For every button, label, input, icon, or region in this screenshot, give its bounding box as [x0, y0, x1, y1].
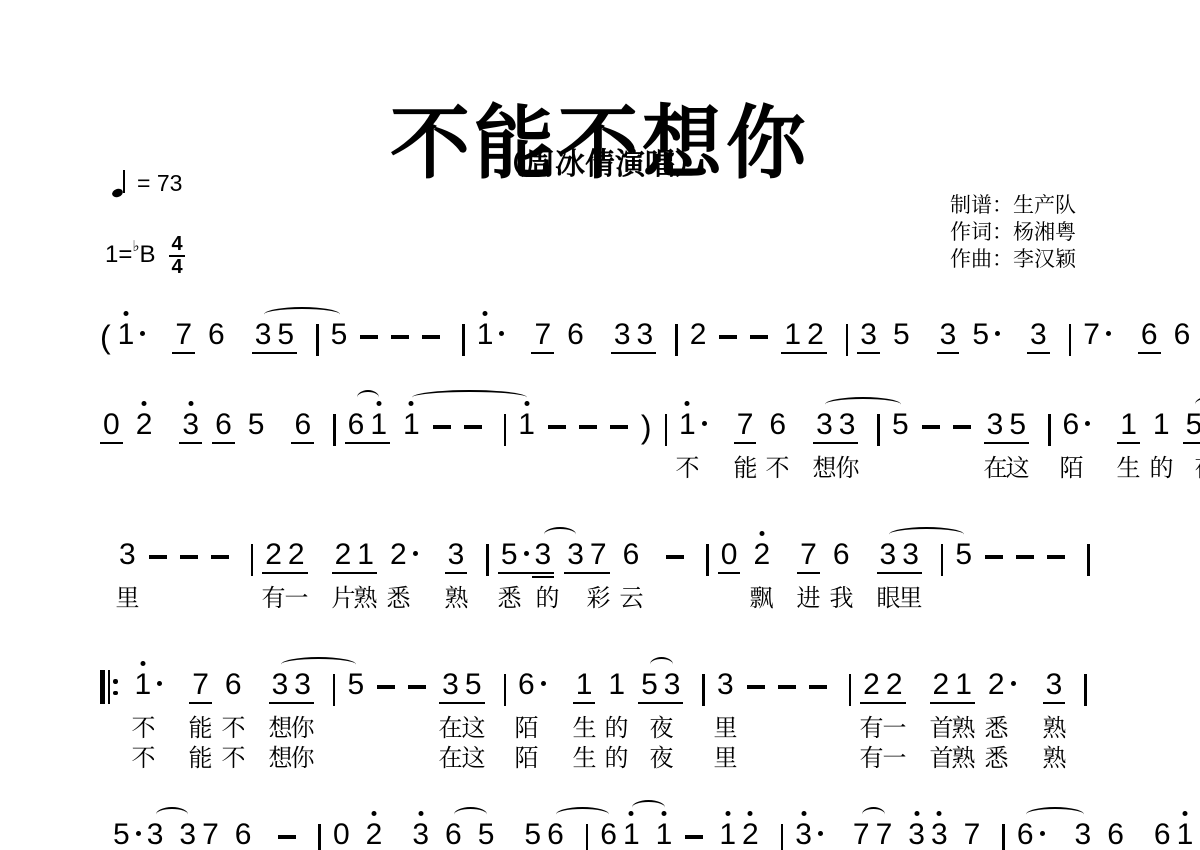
lyric-syllable: 生 — [1117, 448, 1141, 483]
note-digit: 6 — [235, 820, 252, 850]
note: 6 — [830, 540, 853, 572]
note-digit: 5 — [347, 670, 364, 700]
note: 2 — [332, 540, 355, 574]
note-digit: 1 — [370, 410, 387, 440]
note-digit: 1 — [955, 670, 972, 700]
credit-arranger: 制谱：生产队 — [950, 192, 1076, 219]
note: 3 — [877, 540, 900, 574]
lyric-syllable: 不 — [222, 738, 246, 773]
note-digit: 1 — [679, 410, 696, 440]
note-digit: 3 — [816, 410, 833, 440]
duration-dash — [278, 835, 296, 839]
duration-dash — [1016, 555, 1034, 559]
lyric-syllable: 夜 — [1195, 448, 1200, 483]
note-digit: 2 — [390, 540, 407, 570]
note-digit: 3 — [717, 670, 734, 700]
note: 3 — [179, 410, 202, 444]
barline — [1048, 414, 1051, 446]
note: 1 — [354, 540, 377, 574]
note: 3 — [792, 820, 826, 850]
slur-arc — [264, 307, 340, 322]
note: 1 — [474, 320, 508, 352]
slur-arc — [889, 527, 964, 542]
flat-icon: ♭ — [132, 237, 139, 255]
slur-arc — [454, 807, 487, 822]
slur-arc — [156, 807, 188, 822]
duration-dash — [548, 425, 566, 429]
note: 6 — [766, 410, 789, 442]
note: 5 — [498, 540, 532, 574]
note: 2 — [804, 320, 827, 354]
note: 2 — [883, 670, 906, 704]
octave-dot — [418, 811, 423, 816]
note-digit: 6 — [445, 820, 462, 850]
note-digit: 6 — [225, 670, 242, 700]
duration-dash — [719, 335, 737, 339]
augmentation-dot — [1106, 331, 1111, 336]
lyric-syllable: 的 — [1150, 448, 1174, 483]
note-digit: 1 — [1120, 410, 1137, 440]
note-digit: 6 — [623, 540, 640, 570]
note: 6 — [564, 320, 587, 352]
duration-dash — [747, 685, 765, 689]
note: 2 — [262, 540, 285, 574]
barline — [462, 324, 465, 356]
note-digit: 3 — [147, 820, 164, 850]
note-digit: 2 — [753, 540, 770, 570]
note-digit: 3 — [614, 320, 631, 350]
note-digit: 3 — [179, 820, 196, 850]
note: 3 — [269, 670, 292, 704]
lyric-syllable: 眼 — [877, 578, 901, 613]
duration-dash — [666, 555, 684, 559]
note-digit: 6 — [1017, 820, 1034, 850]
augmentation-dot — [499, 331, 504, 336]
note-digit: 2 — [807, 320, 824, 350]
repeat-dot — [113, 691, 118, 696]
lyric-syllable: 里 — [714, 738, 738, 773]
note-digit: 5 — [892, 410, 909, 440]
note-digit: 3 — [940, 320, 957, 350]
augmentation-dot — [413, 551, 418, 556]
note-digit: 0 — [721, 540, 738, 570]
note: 3 — [144, 820, 167, 850]
duration-dash — [953, 425, 971, 429]
note-digit: 3 — [442, 670, 459, 700]
note: 3 — [813, 410, 836, 444]
note: 6 — [232, 820, 255, 850]
note-digit: 6 — [1107, 820, 1124, 850]
note: 6 — [205, 320, 228, 352]
note-digit: 6 — [1063, 410, 1080, 440]
note-digit: 6 — [208, 320, 225, 350]
lyric-syllable: 在 — [984, 448, 1008, 483]
duration-dash — [149, 555, 167, 559]
lyric-syllable: 不 — [766, 448, 790, 483]
tempo-value: = 73 — [137, 170, 182, 197]
note: 6 — [1151, 820, 1174, 850]
note-digit: 7 — [800, 540, 817, 570]
octave-dot — [188, 401, 193, 406]
key-signature: 1=♭B 4 4 — [105, 233, 185, 277]
lyric-syllable: 一 — [285, 578, 309, 613]
note-digit: 2 — [690, 320, 707, 350]
lyric-syllable: 不 — [132, 738, 156, 773]
barline — [586, 824, 589, 850]
note: 5 — [328, 320, 351, 352]
credit-lyricist: 作词：杨湘粤 — [950, 219, 1076, 246]
note-digit: 5 — [331, 320, 348, 350]
lyric-syllable: 飘 — [750, 578, 774, 613]
note: 1 — [676, 410, 710, 442]
close-paren: ) — [641, 410, 652, 444]
lyric-syllable: 生 — [573, 738, 597, 773]
augmentation-dot — [140, 331, 145, 336]
lyric-syllable: 想 — [269, 738, 293, 773]
lyric-syllable: 的 — [605, 738, 629, 773]
notes-row: 5337602365566111237733763661 — [100, 800, 1160, 850]
note-digit: 3 — [839, 410, 856, 440]
octave-dot — [1182, 811, 1187, 816]
note-digit: 5 — [277, 320, 294, 350]
duration-dash — [610, 425, 628, 429]
octave-dot — [483, 311, 488, 316]
augmentation-dot — [1040, 831, 1045, 836]
lyric-syllable: 你 — [836, 448, 860, 483]
note: 7 — [873, 820, 896, 850]
note-digit: 2 — [265, 540, 282, 570]
slur-arc — [1026, 807, 1084, 822]
note: 2 — [133, 410, 156, 442]
note: 2 — [750, 540, 773, 572]
notes-row: 0236566111)1763353561153 — [100, 390, 1160, 446]
barline — [318, 824, 321, 850]
slur-arc — [632, 800, 665, 815]
rest-note: 0 — [718, 540, 741, 574]
note-digit: 7 — [853, 820, 870, 850]
note: 7 — [797, 540, 820, 574]
barline — [781, 824, 784, 850]
note: 2 — [860, 670, 883, 704]
note-digit: 6 — [833, 540, 850, 570]
note: 3 — [291, 670, 314, 704]
octave-dot — [142, 401, 147, 406]
lyric-syllable: 夜 — [650, 738, 674, 773]
lyric-syllable: 在 — [439, 738, 463, 773]
note: 3 — [1072, 820, 1095, 850]
barline — [1084, 674, 1087, 706]
lyric-syllable: 悉 — [387, 578, 411, 613]
note-digit: 6 — [1141, 320, 1158, 350]
slur-arc — [1195, 397, 1200, 412]
notes-row: 17633535611533222123 — [100, 650, 1160, 706]
note: 3 — [928, 820, 951, 850]
note: 6 — [1014, 820, 1048, 850]
note-digit: 7 — [202, 820, 219, 850]
note-digit: 6 — [294, 410, 311, 440]
lyric-syllable: 悉 — [498, 578, 522, 613]
note: 3 — [445, 540, 468, 574]
barline — [504, 674, 507, 706]
note: 2 — [387, 540, 421, 572]
note: 7 — [587, 540, 610, 574]
note-digit: 5 — [893, 320, 910, 350]
note: 1 — [1117, 410, 1140, 444]
duration-dash — [685, 835, 703, 839]
note: 1 — [132, 670, 166, 702]
note: 3 — [252, 320, 275, 354]
duration-dash — [579, 425, 597, 429]
lyric-syllable: 的 — [536, 578, 560, 613]
slur-arc — [281, 657, 356, 672]
key-prefix: 1= — [105, 241, 132, 269]
octave-dot — [937, 811, 942, 816]
note: 7 — [189, 670, 212, 704]
note: 1 — [605, 670, 628, 702]
note: 1 — [515, 410, 538, 442]
note: 5 — [274, 320, 297, 354]
lyric-syllable: 能 — [734, 448, 758, 483]
slur-arc — [825, 397, 901, 412]
note: 3 — [564, 540, 587, 574]
duration-dash — [408, 685, 426, 689]
note-digit: 7 — [737, 410, 754, 440]
note-digit: 1 — [784, 320, 801, 350]
duration-dash — [809, 685, 827, 689]
note-digit: 2 — [933, 670, 950, 700]
note-digit: 5 — [501, 540, 518, 570]
note: 7 — [199, 820, 222, 850]
note: 5 — [245, 410, 268, 442]
note-digit: 0 — [333, 820, 350, 850]
note: 7 — [850, 820, 873, 850]
barline — [706, 544, 709, 576]
barline — [1002, 824, 1005, 850]
note-digit: 3 — [795, 820, 812, 850]
note-digit: 0 — [103, 410, 120, 440]
note-digit: 6 — [600, 820, 617, 850]
repeat-dot — [113, 679, 118, 684]
barline — [941, 544, 944, 576]
lyric-syllable: 有 — [860, 738, 884, 773]
note-digit: 1 — [656, 820, 673, 850]
lyric-syllable: 里 — [899, 578, 923, 613]
note: 5 — [462, 670, 485, 704]
note-digit: 5 — [641, 670, 658, 700]
note: 5 — [1183, 410, 1200, 444]
duration-dash — [377, 685, 395, 689]
note: 1 — [781, 320, 804, 354]
note: 2 — [985, 670, 1019, 702]
note-digit: 3 — [182, 410, 199, 440]
duration-dash — [778, 685, 796, 689]
note-digit: 3 — [412, 820, 429, 850]
note: 3 — [634, 320, 657, 354]
key-letter: B — [139, 241, 155, 269]
note-digit: 1 — [477, 320, 494, 350]
tempo-marking: = 73 — [112, 170, 182, 197]
note: 7 — [172, 320, 195, 354]
note-digit: 7 — [876, 820, 893, 850]
sheet-music-page: 不能不想你 （周冰倩演唱） = 73 1=♭B 4 4 制谱：生产队 作词：杨湘… — [0, 0, 1200, 850]
note-digit: 6 — [518, 670, 535, 700]
note-digit: 5 — [113, 820, 130, 850]
note-digit: 3 — [880, 540, 897, 570]
note: 6 — [442, 820, 465, 850]
lyric-syllable: 你 — [291, 738, 315, 773]
slur-arc — [357, 390, 379, 405]
lyric-syllable: 陌 — [515, 738, 539, 773]
note-digit: 2 — [136, 410, 153, 440]
octave-dot — [801, 811, 806, 816]
duration-dash — [985, 555, 1003, 559]
note: 7 — [961, 820, 984, 850]
note-digit: 1 — [357, 540, 374, 570]
augmentation-dot — [157, 681, 162, 686]
note: 5 — [344, 670, 367, 702]
note: 5 — [110, 820, 144, 850]
note-digit: 1 — [623, 820, 640, 850]
note: 6 — [222, 670, 245, 702]
note: 5 — [889, 410, 912, 442]
note: 3 — [116, 540, 139, 572]
note-digit: 3 — [1075, 820, 1092, 850]
note-digit: 5 — [248, 410, 265, 440]
barline — [849, 674, 852, 706]
lyric-syllable: 彩 — [587, 578, 611, 613]
note-digit: 3 — [860, 320, 877, 350]
duration-dash — [433, 425, 451, 429]
music-line-1: (1763551763321235353766 — [100, 300, 1160, 370]
note-digit: 1 — [135, 670, 152, 700]
note: 6 — [1060, 410, 1094, 442]
note-digit: 6 — [348, 410, 365, 440]
note-digit: 3 — [1030, 320, 1047, 350]
note-digit: 3 — [255, 320, 272, 350]
note: 2 — [687, 320, 710, 352]
barline — [675, 324, 678, 356]
note-digit: 7 — [175, 320, 192, 350]
note-digit: 7 — [964, 820, 981, 850]
note-digit: 3 — [567, 540, 584, 570]
note: 3 — [611, 320, 634, 354]
repeat-thin-bar — [108, 670, 110, 704]
note-digit: 3 — [664, 670, 681, 700]
note: 5 — [969, 320, 1003, 352]
note-digit: 6 — [215, 410, 232, 440]
note-digit: 3 — [931, 820, 948, 850]
barline — [665, 414, 668, 446]
note: 3 — [532, 540, 555, 574]
note: 3 — [899, 540, 922, 574]
note-digit: 5 — [524, 820, 541, 850]
note: 6 — [544, 820, 567, 850]
octave-dot — [371, 811, 376, 816]
note: 3 — [836, 410, 859, 444]
note: 2 — [739, 820, 762, 850]
note: 3 — [905, 820, 928, 850]
barline — [333, 674, 336, 706]
note: 1 — [653, 820, 676, 850]
lyric-syllable: 首 — [930, 738, 954, 773]
note: 1 — [620, 820, 643, 850]
note: 2 — [285, 540, 308, 574]
note-digit: 6 — [547, 820, 564, 850]
octave-dot — [748, 811, 753, 816]
note-digit: 5 — [1186, 410, 1200, 440]
note: 6 — [291, 410, 314, 444]
note: 5 — [475, 820, 498, 850]
augmentation-dot — [524, 551, 529, 556]
lyric-syllable: 里 — [116, 578, 140, 613]
note: 6 — [212, 410, 235, 444]
note-digit: 6 — [567, 320, 584, 350]
barline — [877, 414, 880, 446]
duration-dash — [750, 335, 768, 339]
note: 5 — [890, 320, 913, 352]
note: 1 — [367, 410, 390, 444]
note-digit: 7 — [1083, 320, 1100, 350]
barline — [846, 324, 849, 356]
note: 3 — [714, 670, 737, 702]
octave-dot — [914, 811, 919, 816]
note-digit: 5 — [955, 540, 972, 570]
note-digit: 5 — [478, 820, 495, 850]
note-digit: 1 — [1153, 410, 1170, 440]
note: 1 — [716, 820, 739, 850]
lyric-syllable: 熟 — [952, 738, 976, 773]
note-digit: 3 — [902, 540, 919, 570]
duration-dash — [922, 425, 940, 429]
barline — [251, 544, 254, 576]
repeat-dots — [113, 670, 118, 704]
note-digit: 1 — [403, 410, 420, 440]
note-digit: 3 — [535, 540, 552, 570]
augmentation-dot — [1085, 421, 1090, 426]
note-digit: 7 — [534, 320, 551, 350]
duration-dash — [211, 555, 229, 559]
augmentation-dot — [1011, 681, 1016, 686]
note-digit: 2 — [742, 820, 759, 850]
barline — [1069, 324, 1072, 356]
note: 3 — [1027, 320, 1050, 354]
note-digit: 3 — [1046, 670, 1063, 700]
music-line-2: 0236566111)1763353561153不能不想你在这陌生的夜 — [100, 390, 1160, 505]
note: 3 — [409, 820, 432, 850]
note-digit: 3 — [637, 320, 654, 350]
note: 3 — [1043, 670, 1066, 704]
note: 6 — [1138, 320, 1161, 354]
augmentation-dot — [995, 331, 1000, 336]
note: 6 — [345, 410, 368, 444]
credits-block: 制谱：生产队 作词：杨湘粤 作曲：李汉颖 — [950, 192, 1076, 273]
lyric-syllable: 熟 — [445, 578, 469, 613]
note-digit: 3 — [294, 670, 311, 700]
lyric-syllable: 一 — [883, 738, 907, 773]
augmentation-dot — [818, 831, 823, 836]
barline — [702, 674, 705, 706]
note-digit: 1 — [1177, 820, 1194, 850]
note: 1 — [573, 670, 596, 704]
lyric-syllable: 这 — [462, 738, 486, 773]
note-digit: 1 — [576, 670, 593, 700]
rest-note: 0 — [100, 410, 123, 444]
note-digit: 2 — [988, 670, 1005, 700]
note-digit: 7 — [590, 540, 607, 570]
octave-dot — [759, 531, 764, 536]
notes-row: 3222123533760276335 — [100, 520, 1160, 576]
octave-dot — [124, 311, 129, 316]
